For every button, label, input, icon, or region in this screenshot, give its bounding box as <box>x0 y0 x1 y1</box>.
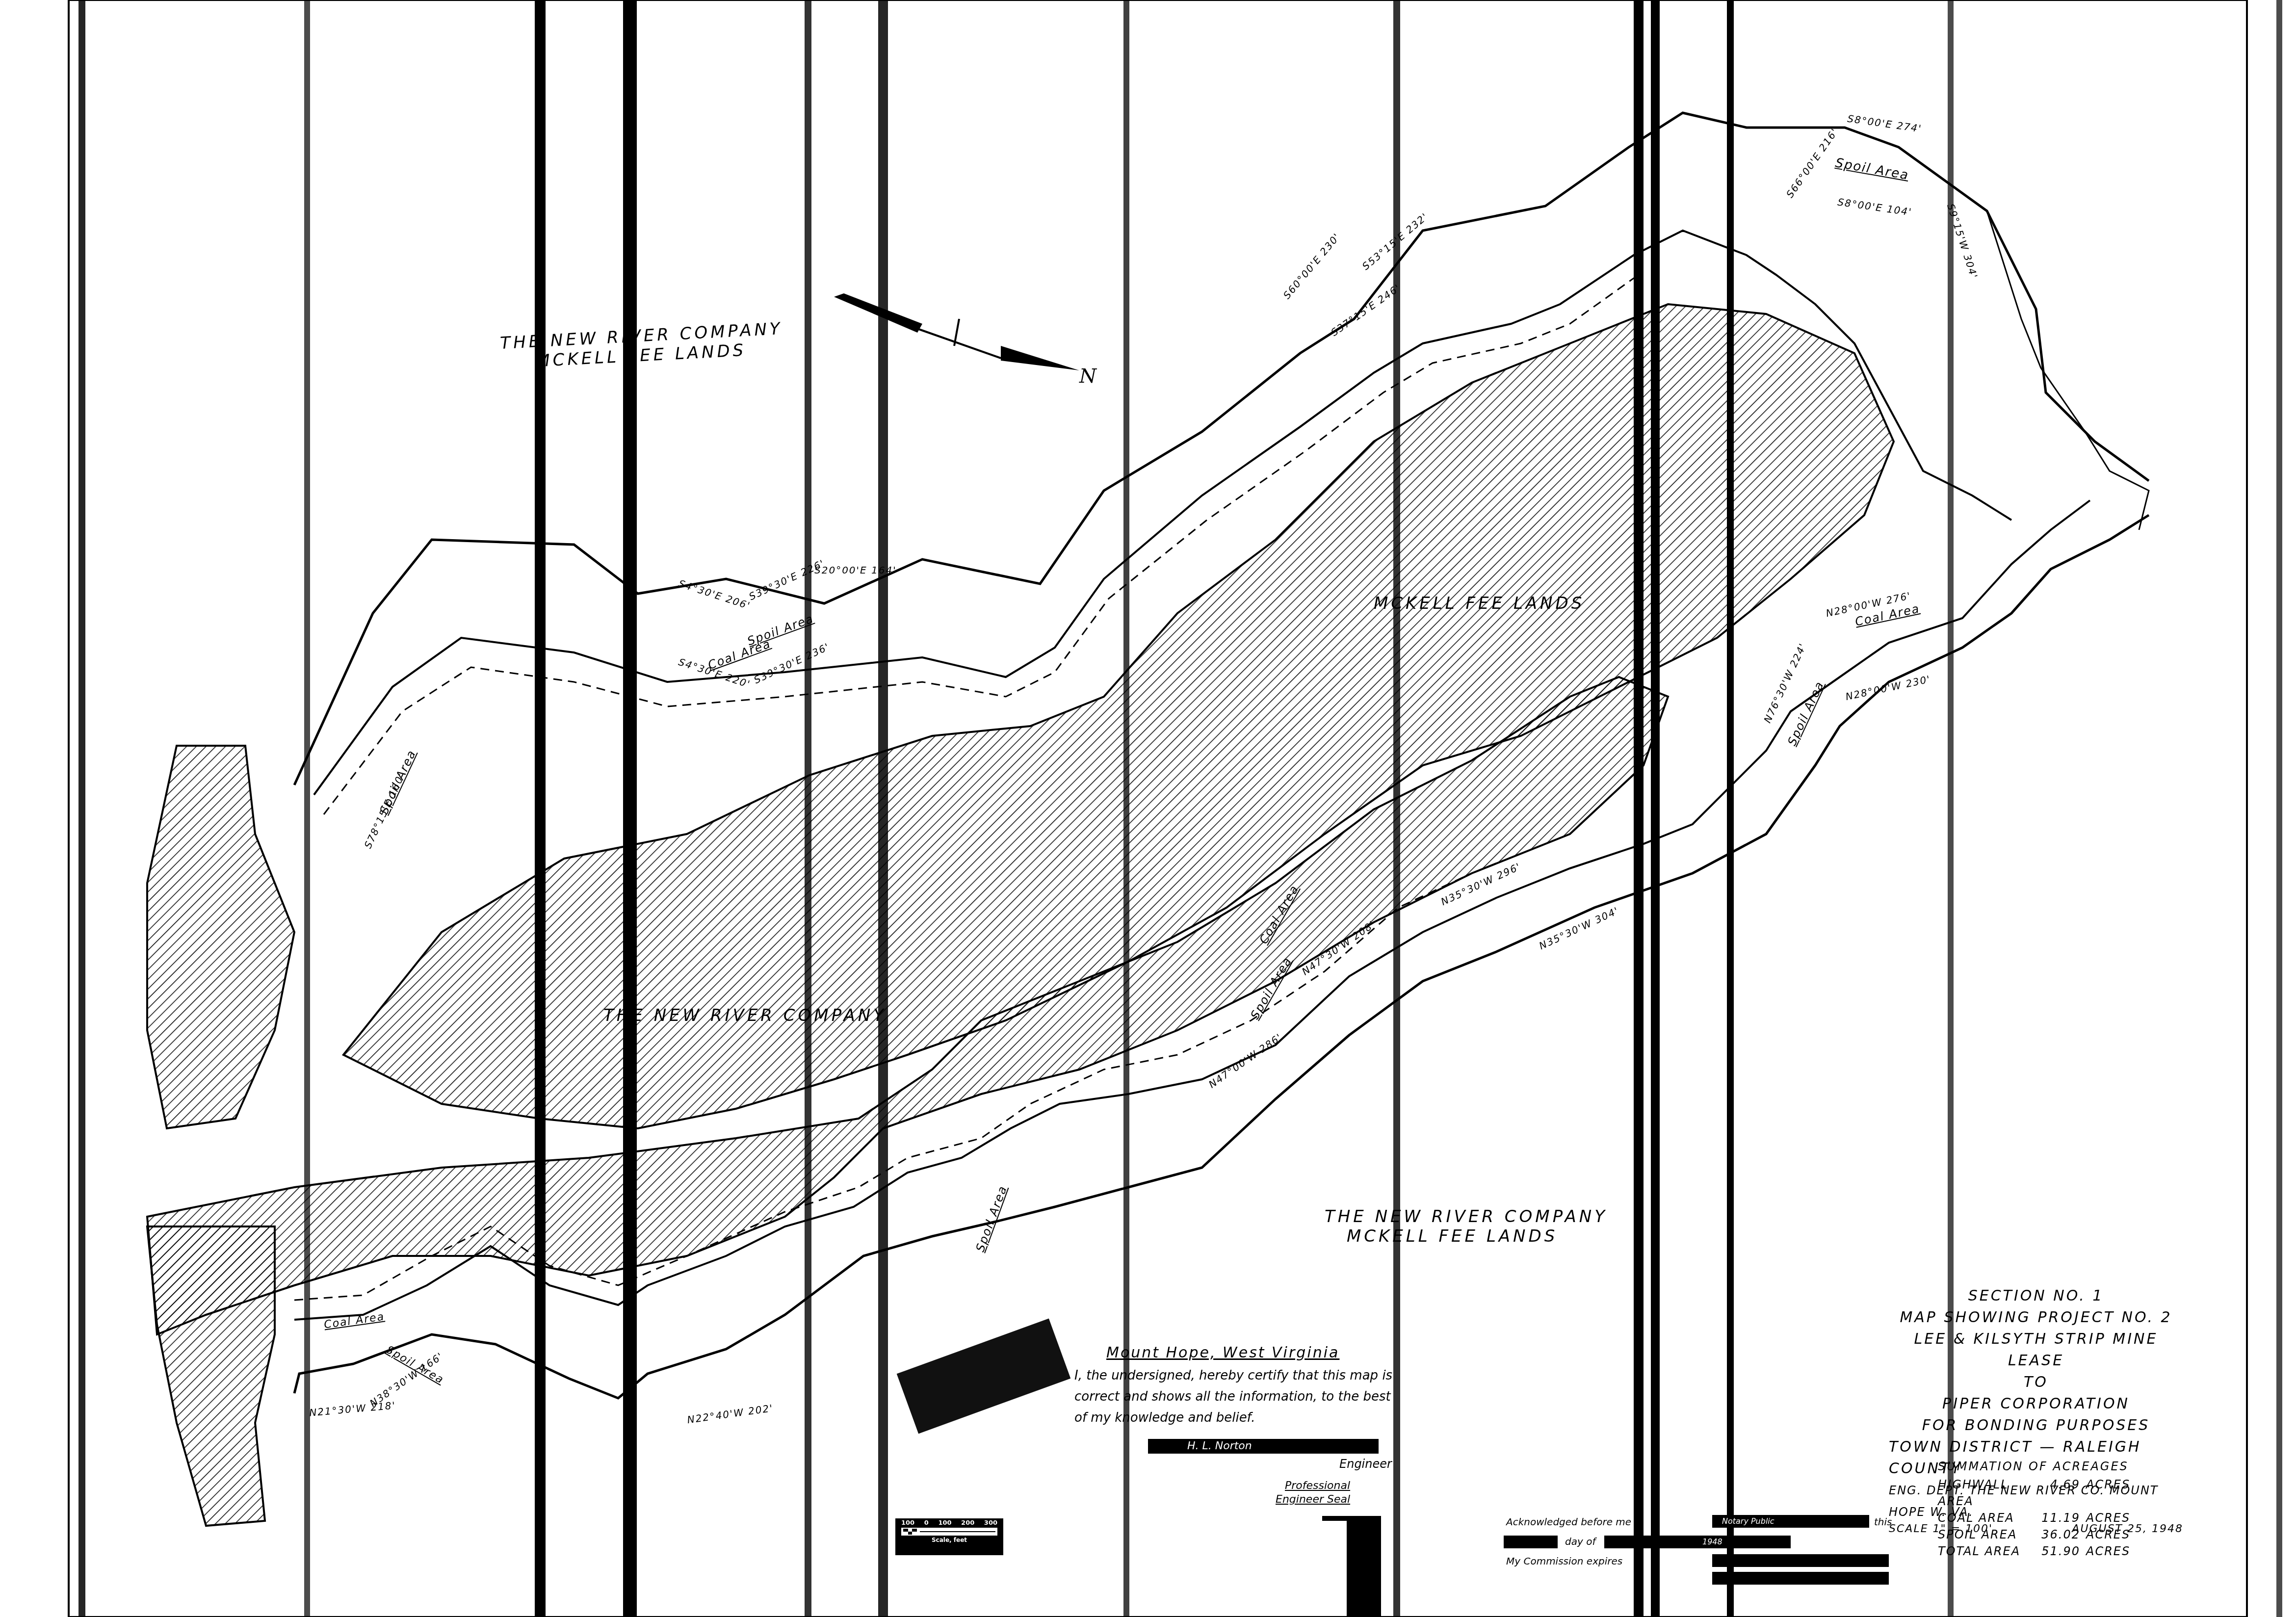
seal-area <box>1347 1516 1381 1617</box>
acreage-value: 4.69 <box>2036 1476 2080 1510</box>
title-line-3: To <box>1889 1372 2183 1393</box>
notary-acknowledgement: Acknowledged before me a Notary Public t… <box>1506 1516 1899 1594</box>
acreage-heading: Summation Of Acreages <box>1938 1460 2159 1473</box>
engineer-label: Engineer <box>1339 1457 1392 1471</box>
north-arrow-label: N <box>1079 365 1097 388</box>
acreage-value: 11.19 <box>2036 1510 2080 1526</box>
scale-tick: 300 <box>984 1519 997 1527</box>
ack-fill <box>1712 1572 1889 1585</box>
acreage-name: Spoil Area <box>1938 1526 2036 1543</box>
region-label-line: McKell Fee Lands <box>1374 594 1585 613</box>
acreage-row: Spoil Area 36.02 Acres <box>1938 1526 2159 1543</box>
ack-line-1: Acknowledged before me a Notary Public t… <box>1506 1516 1899 1536</box>
fold-shadow <box>2276 0 2282 1617</box>
seal-label-line: Professional <box>1276 1479 1350 1493</box>
ack-line-4 <box>1506 1575 1899 1594</box>
region-label-line: The New River Company <box>603 1006 887 1025</box>
title-line-4: Piper Corporation <box>1889 1393 2183 1415</box>
acreage-row: Total Area 51.90 Acres <box>1938 1543 2159 1560</box>
title-section: Section No. 1 <box>1889 1285 2183 1307</box>
professional-engineer-seal-label: Professional Engineer Seal <box>1276 1479 1350 1507</box>
fold-shadow <box>1634 0 1644 1617</box>
acreage-row: Coal Area 11.19 Acres <box>1938 1510 2159 1526</box>
scale-bar-ticks: 100 0 100 200 300 <box>895 1518 1003 1527</box>
region-label-line: McKell Fee Lands <box>1347 1226 1608 1246</box>
engineer-signature: H. L. Norton <box>1148 1439 1379 1454</box>
acreage-unit: Acres <box>2086 1510 2130 1526</box>
fold-shadow <box>1727 0 1734 1617</box>
acreage-unit: Acres <box>2086 1526 2130 1543</box>
region-label-nrc-bottom: The New River Company McKell Fee Lands <box>1325 1207 1608 1246</box>
certification-text: I, the undersigned, hereby certify that … <box>1074 1365 1393 1429</box>
fold-shadow <box>78 0 85 1617</box>
scale-bar-caption: Scale, feet <box>895 1537 1003 1543</box>
fold-shadow <box>623 0 637 1617</box>
ack-fill <box>1712 1554 1889 1567</box>
acreage-summary: Summation Of Acreages Highwall Area 4.69… <box>1938 1460 2159 1560</box>
mined-area-west <box>147 746 294 1128</box>
acreage-name: Total Area <box>1938 1543 2036 1560</box>
scale-tick: 100 <box>901 1519 914 1527</box>
scale-tick: 200 <box>961 1519 974 1527</box>
ack-fill: 1948 <box>1604 1536 1791 1548</box>
scale-bar: 100 0 100 200 300 Scale, feet <box>895 1518 1003 1555</box>
mined-area-southwest <box>147 1226 275 1526</box>
ack-line-2: day of 1948 <box>1506 1536 1899 1555</box>
certification-block: Mount Hope, West Virginia I, the undersi… <box>1074 1344 1393 1429</box>
region-label-line: The New River Company <box>1325 1207 1608 1226</box>
region-label-nrc-mid-left: The New River Company <box>603 1006 887 1025</box>
acreage-row: Highwall Area 4.69 Acres <box>1938 1476 2159 1510</box>
spoil-boundary-right <box>1899 147 2149 530</box>
north-arrow-icon <box>834 293 1079 370</box>
acreage-unit: Acres <box>2086 1476 2130 1510</box>
ack-fill: Notary Public <box>1712 1515 1869 1528</box>
scale-tick: 0 <box>924 1519 929 1527</box>
title-line-5: For Bonding Purposes <box>1889 1415 2183 1436</box>
fold-shadow <box>535 0 546 1617</box>
scale-tick: 100 <box>938 1519 951 1527</box>
title-line-2: Lee & Kilsyth Strip Mine Lease <box>1889 1329 2183 1372</box>
survey-call: S20°00'E 164' <box>814 564 897 576</box>
ack-fill <box>1504 1536 1558 1548</box>
acreage-value: 51.90 <box>2036 1543 2080 1560</box>
certification-place: Mount Hope, West Virginia <box>1106 1344 1393 1361</box>
acreage-unit: Acres <box>2086 1543 2130 1560</box>
scale-bar-graphic <box>901 1528 997 1536</box>
title-line-1: Map Showing Project No. 2 <box>1889 1307 2183 1329</box>
region-label-mckell-center: McKell Fee Lands <box>1374 594 1585 613</box>
acreage-value: 36.02 <box>2036 1526 2080 1543</box>
fold-shadow <box>304 0 310 1617</box>
ack-text: day of <box>1565 1536 1595 1547</box>
ack-text: My Commission expires <box>1506 1555 1622 1567</box>
fold-shadow <box>1651 0 1660 1617</box>
fold-shadow <box>878 0 888 1617</box>
seal-label-line: Engineer Seal <box>1276 1493 1350 1507</box>
fold-shadow <box>805 0 811 1617</box>
acreage-name: Coal Area <box>1938 1510 2036 1526</box>
ack-text: Acknowledged before me a <box>1506 1516 1641 1528</box>
acreage-name: Highwall Area <box>1938 1476 2036 1510</box>
